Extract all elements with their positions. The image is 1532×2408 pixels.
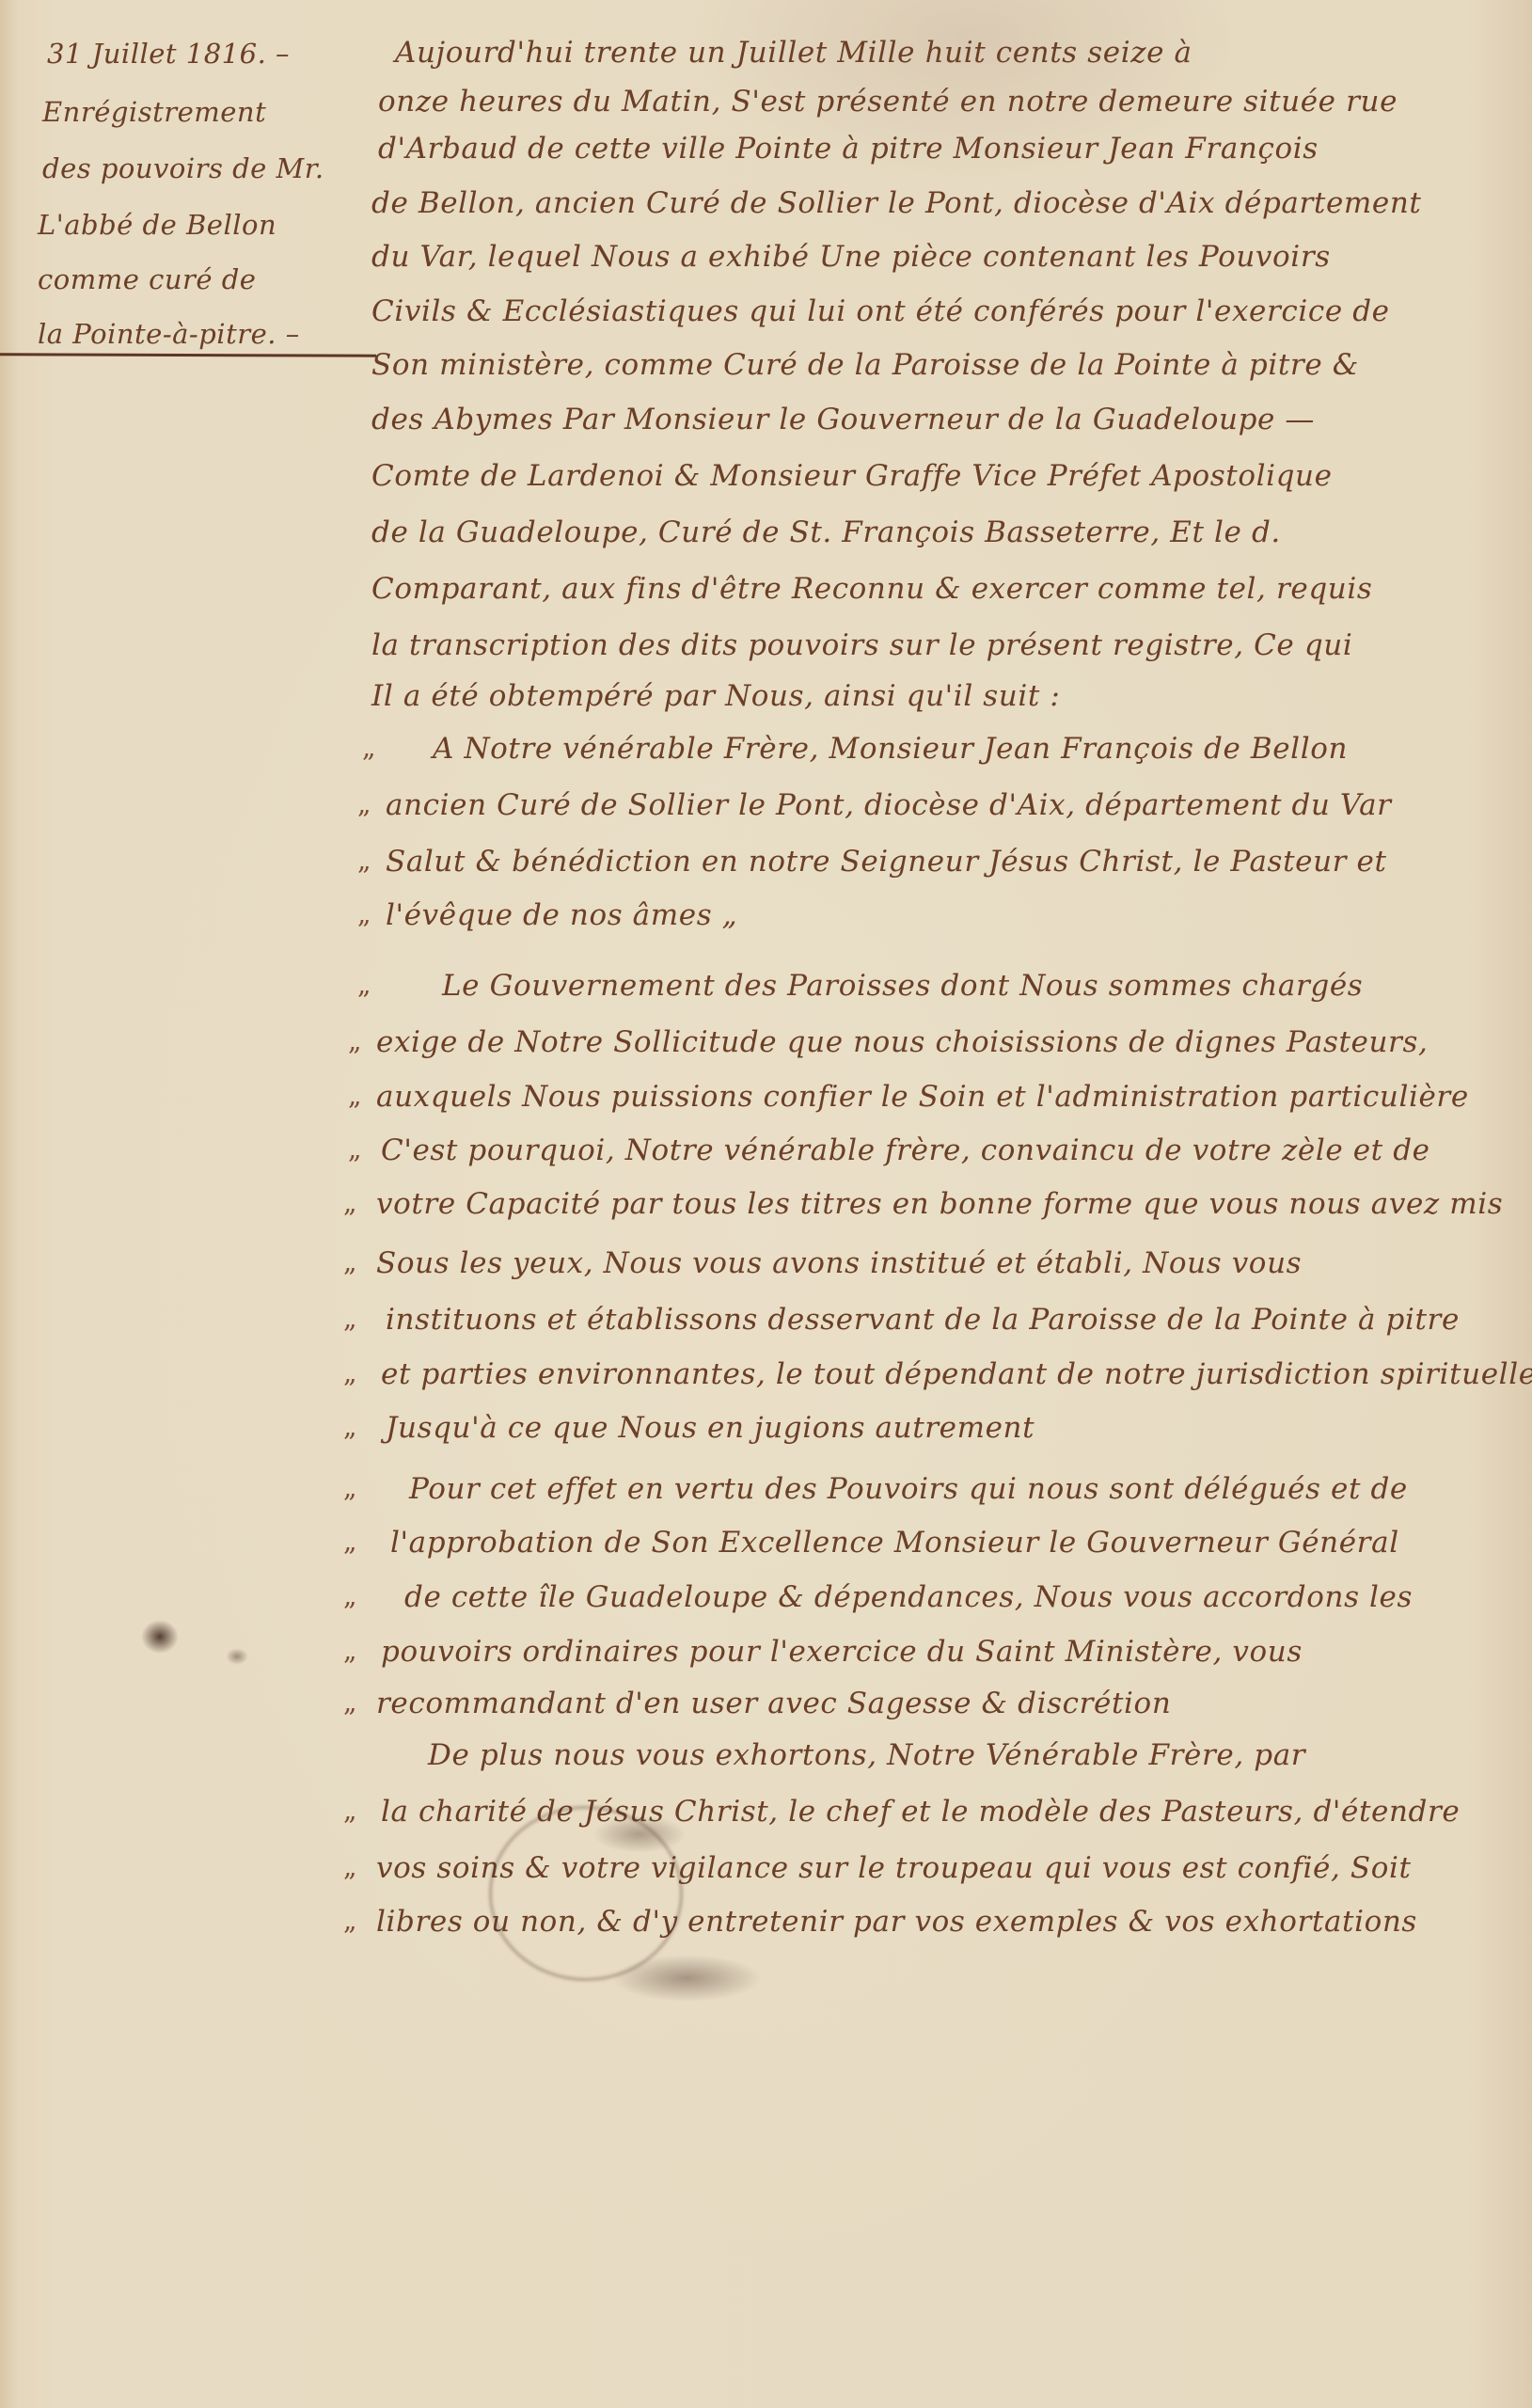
text-line: onze heures du Matin, S'est présenté en … xyxy=(378,85,1398,119)
text-line: la transcription des dits pouvoirs sur l… xyxy=(371,628,1352,662)
text-line: Civils & Ecclésiastiques qui lui ont été… xyxy=(371,294,1390,328)
ditto-mark: „ xyxy=(343,1580,357,1611)
text-line: votre Capacité par tous les titres en bo… xyxy=(376,1187,1503,1221)
text-line: de cette île Guadeloupe & dépendances, N… xyxy=(404,1580,1413,1614)
ditto-mark: „ xyxy=(362,732,376,763)
ink-blot xyxy=(141,1620,179,1654)
ditto-mark: „ xyxy=(357,788,371,819)
ditto-mark: „ xyxy=(343,1526,357,1557)
text-line: d'Arbaud de cette ville Pointe à pitre M… xyxy=(378,132,1319,166)
ditto-mark: „ xyxy=(343,1687,357,1718)
text-line: exige de Notre Sollicitude que nous choi… xyxy=(376,1025,1428,1059)
text-line: De plus nous vous exhortons, Notre Vénér… xyxy=(428,1738,1305,1772)
text-line: des Abymes Par Monsieur le Gouverneur de… xyxy=(371,403,1315,436)
ditto-mark: „ xyxy=(343,1795,357,1826)
text-line: pouvoirs ordinaires pour l'exercice du S… xyxy=(381,1635,1303,1669)
text-line: Comparant, aux fins d'être Reconnu & exe… xyxy=(371,572,1372,606)
text-line: Le Gouvernement des Paroisses dont Nous … xyxy=(442,969,1363,1003)
ditto-mark: „ xyxy=(343,1905,357,1936)
ditto-mark: „ xyxy=(357,969,371,1000)
ditto-mark: „ xyxy=(343,1411,357,1442)
text-line: de Bellon, ancien Curé de Sollier le Pon… xyxy=(371,186,1422,220)
faded-stamp-mark xyxy=(489,1806,683,1981)
ditto-mark: „ xyxy=(343,1303,357,1334)
text-line: recommandant d'en user avec Sagesse & di… xyxy=(376,1687,1171,1720)
text-line: ancien Curé de Sollier le Pont, diocèse … xyxy=(386,788,1392,822)
text-line: l'évêque de nos âmes „ xyxy=(386,898,737,932)
ditto-mark: „ xyxy=(343,1472,357,1503)
text-line: l'approbation de Son Excellence Monsieur… xyxy=(390,1526,1399,1560)
register-entry-body: Aujourd'hui trente un Juillet Mille huit… xyxy=(0,0,1532,2408)
ditto-mark: „ xyxy=(357,898,371,929)
text-line: Salut & bénédiction en notre Seigneur Jé… xyxy=(386,845,1387,879)
text-line: auxquels Nous puissions confier le Soin … xyxy=(376,1080,1469,1114)
ditto-mark: „ xyxy=(343,1851,357,1882)
text-line: C'est pourquoi, Notre vénérable frère, c… xyxy=(381,1133,1430,1167)
ditto-mark: „ xyxy=(357,845,371,876)
text-line: et parties environnantes, le tout dépend… xyxy=(381,1357,1532,1391)
register-page: 31 Juillet 1816. – Enrégistrement des po… xyxy=(0,0,1532,2408)
ditto-mark: „ xyxy=(343,1246,357,1277)
text-line: Pour cet effet en vertu des Pouvoirs qui… xyxy=(409,1472,1408,1506)
text-line: Il a été obtempéré par Nous, ainsi qu'il… xyxy=(371,679,1060,713)
text-line: Sous les yeux, Nous vous avons institué … xyxy=(376,1246,1302,1280)
ditto-mark: „ xyxy=(343,1187,357,1218)
ink-blot xyxy=(226,1648,248,1665)
text-line: du Var, lequel Nous a exhibé Une pièce c… xyxy=(371,240,1331,274)
ditto-mark: „ xyxy=(343,1357,357,1388)
ditto-mark: „ xyxy=(343,1635,357,1666)
text-line: Jusqu'à ce que Nous en jugions autrement xyxy=(386,1411,1034,1445)
text-line: A Notre vénérable Frère, Monsieur Jean F… xyxy=(433,732,1348,766)
ditto-mark: „ xyxy=(348,1133,362,1164)
text-line: Aujourd'hui trente un Juillet Mille huit… xyxy=(395,36,1192,70)
ditto-mark: „ xyxy=(348,1080,362,1111)
text-line: de la Guadeloupe, Curé de St. François B… xyxy=(371,515,1281,549)
ditto-mark: „ xyxy=(348,1025,362,1056)
text-line: Son ministère, comme Curé de la Paroisse… xyxy=(371,348,1359,382)
text-line: instituons et établissons desservant de … xyxy=(386,1303,1460,1337)
text-line: Comte de Lardenoi & Monsieur Graffe Vice… xyxy=(371,459,1333,493)
